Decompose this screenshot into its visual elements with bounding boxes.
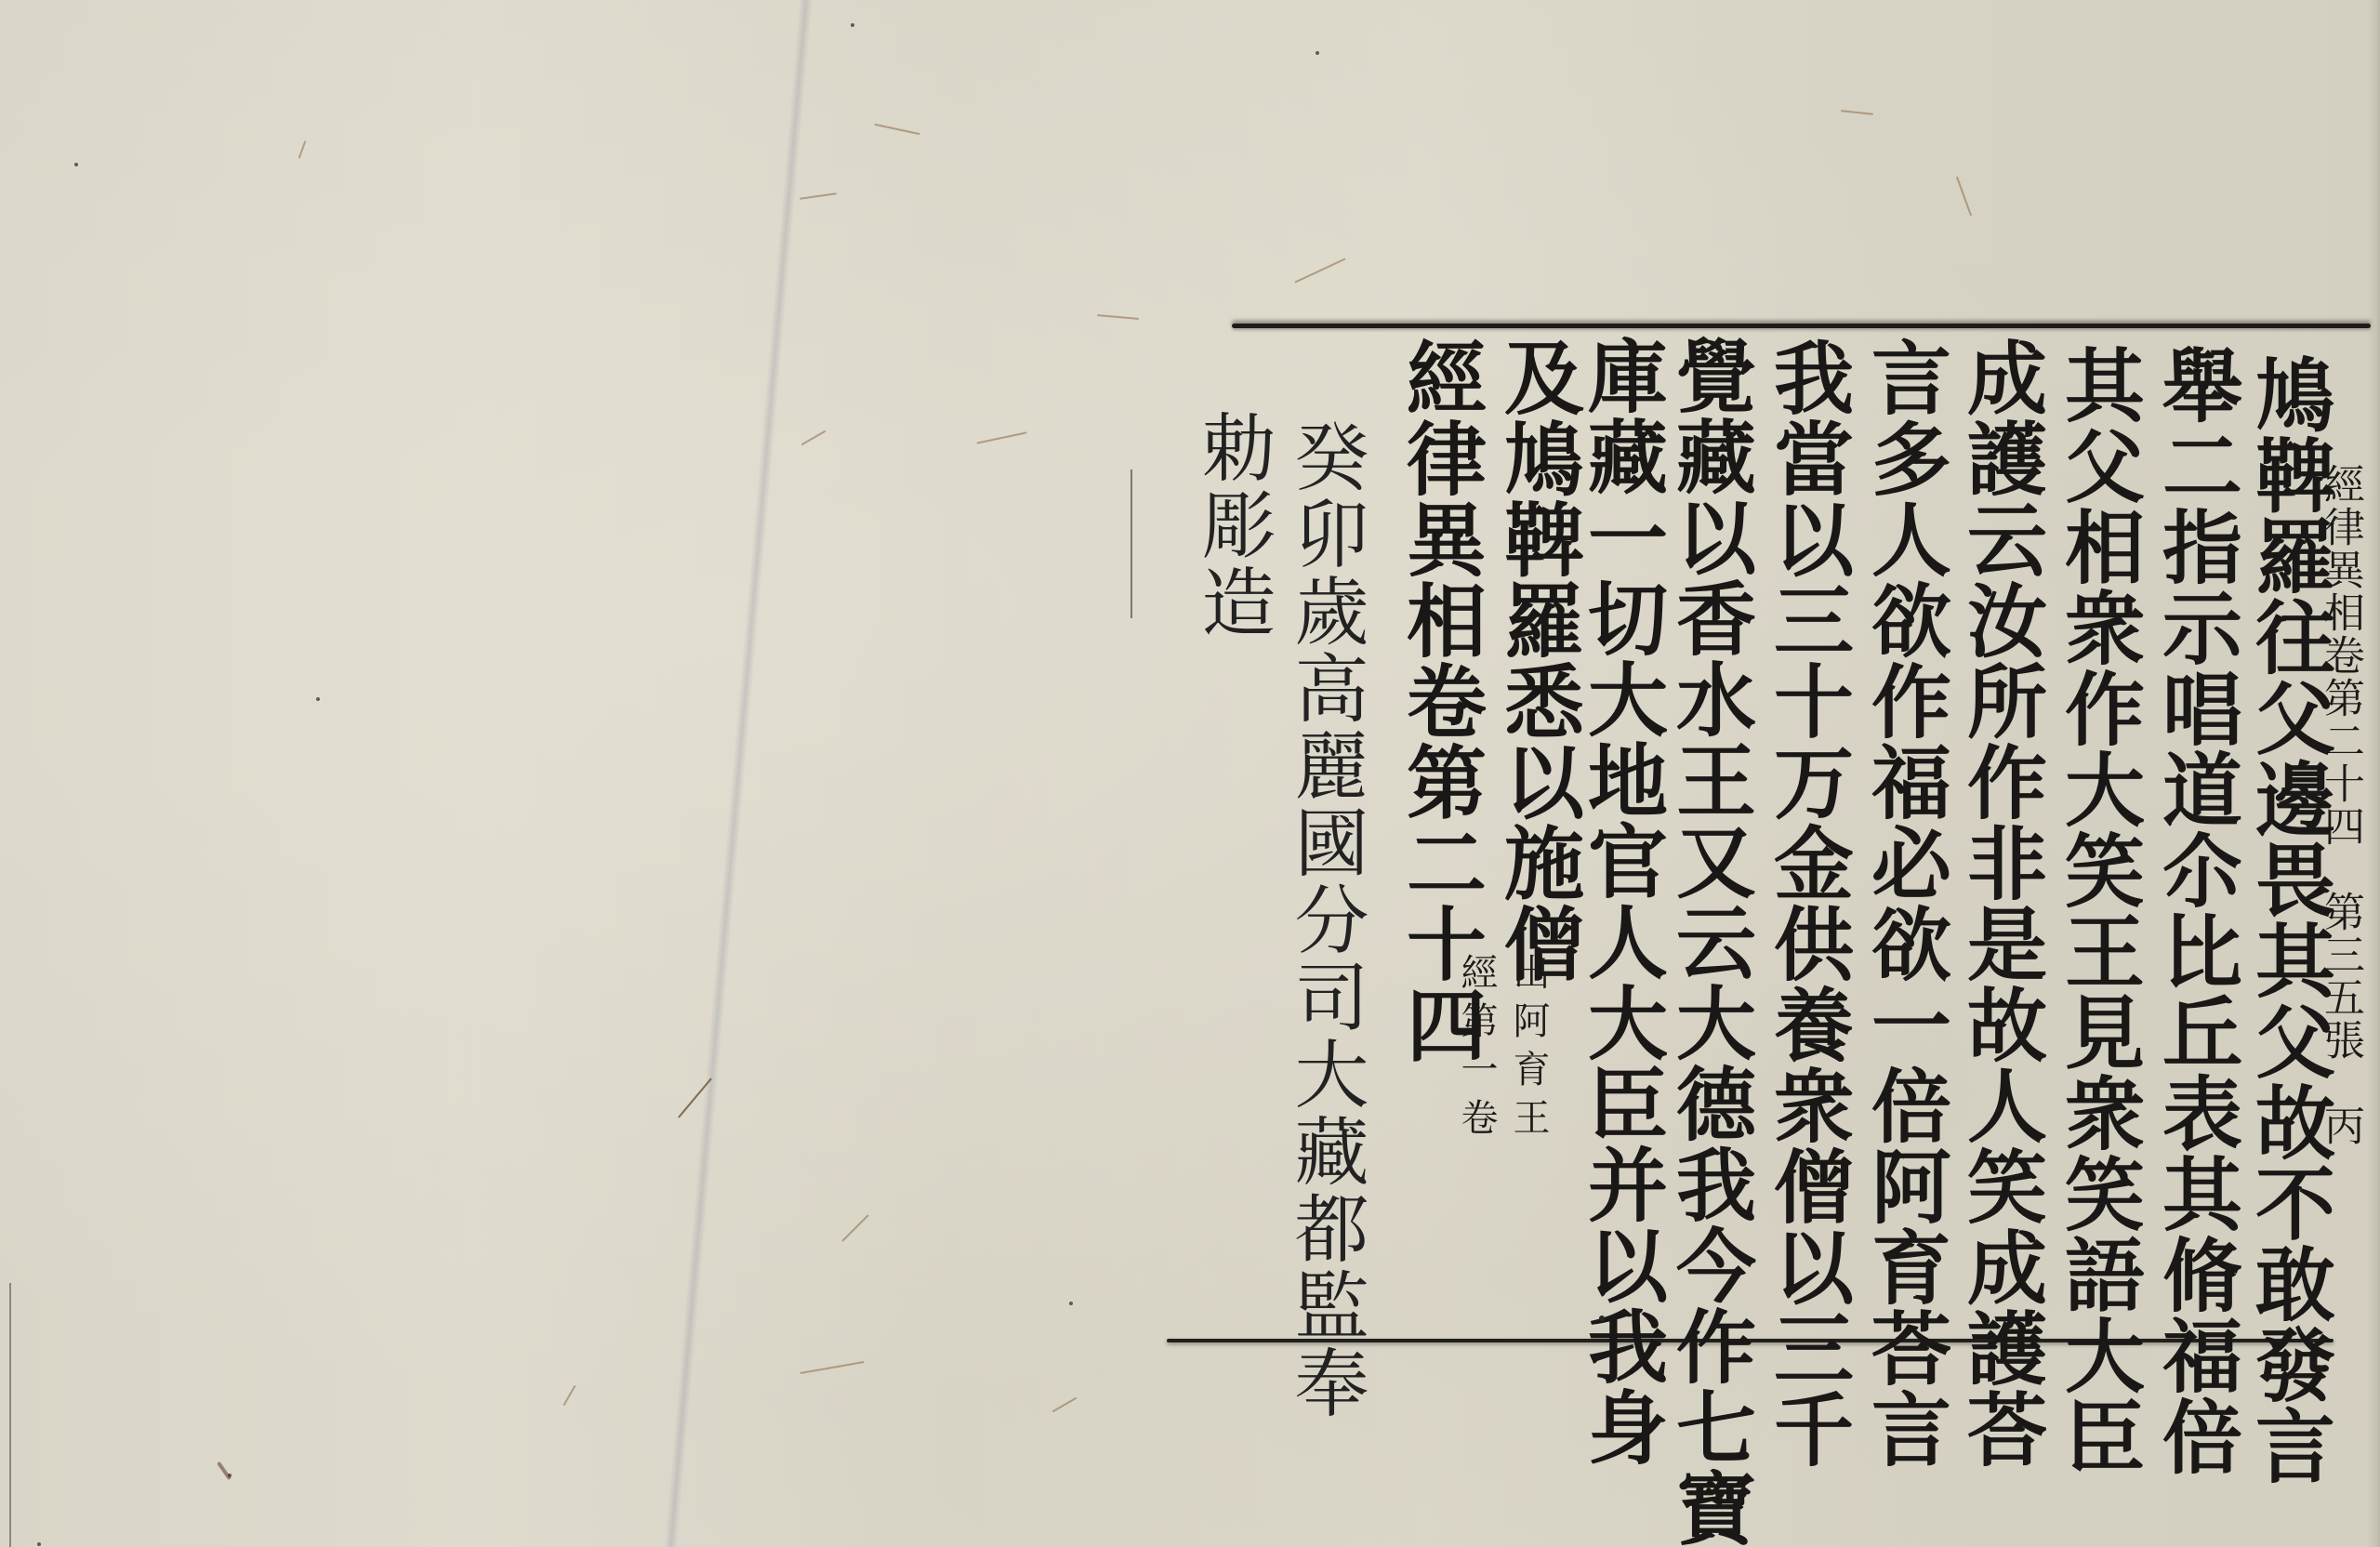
source-note-right: 出阿育王: [1510, 953, 1547, 1146]
closing-title: 經律異相卷第二十四: [1399, 337, 1479, 1064]
text-column-1: 鳩鞞羅往父邊畏其父故不敢發言: [2248, 353, 2328, 1486]
text-column-6: 我當以三十万金供養衆僧以三千: [1766, 337, 1846, 1469]
text-column-4: 成護云汝所作非是故人笑成護荅: [1960, 337, 2040, 1469]
text-column-5: 言多人欲作福必欲一倍阿育荅言: [1864, 337, 1944, 1469]
punctuation-dot: [1599, 1316, 1605, 1321]
document-page: 經律異相卷第二十四 第三五張 丙 鳩鞞羅往父邊畏其父故不敢發言 舉二指示唱道尒比…: [0, 0, 2380, 1547]
text-column-9: 及鳩鞞羅悉以施僧: [1497, 337, 1577, 984]
colophon-line-2: 勅彫造: [1195, 409, 1269, 641]
text-column-2: 舉二指示唱道尒比丘表其脩福倍: [2155, 344, 2235, 1476]
colophon-line-1: 癸卯歲高麗國分司大藏都監奉: [1288, 418, 1362, 1421]
sutra-text-block: 經律異相卷第二十四 第三五張 丙 鳩鞞羅往父邊畏其父故不敢發言 舉二指示唱道尒比…: [0, 0, 2380, 1547]
text-column-8: 庫藏一切大地官人大臣并以我身: [1580, 335, 1660, 1467]
text-column-7: 覺藏以香水王又云大德我今作七寶: [1669, 335, 1749, 1547]
text-column-3: 其父相衆作大笑王見衆笑語大臣: [2057, 344, 2137, 1476]
